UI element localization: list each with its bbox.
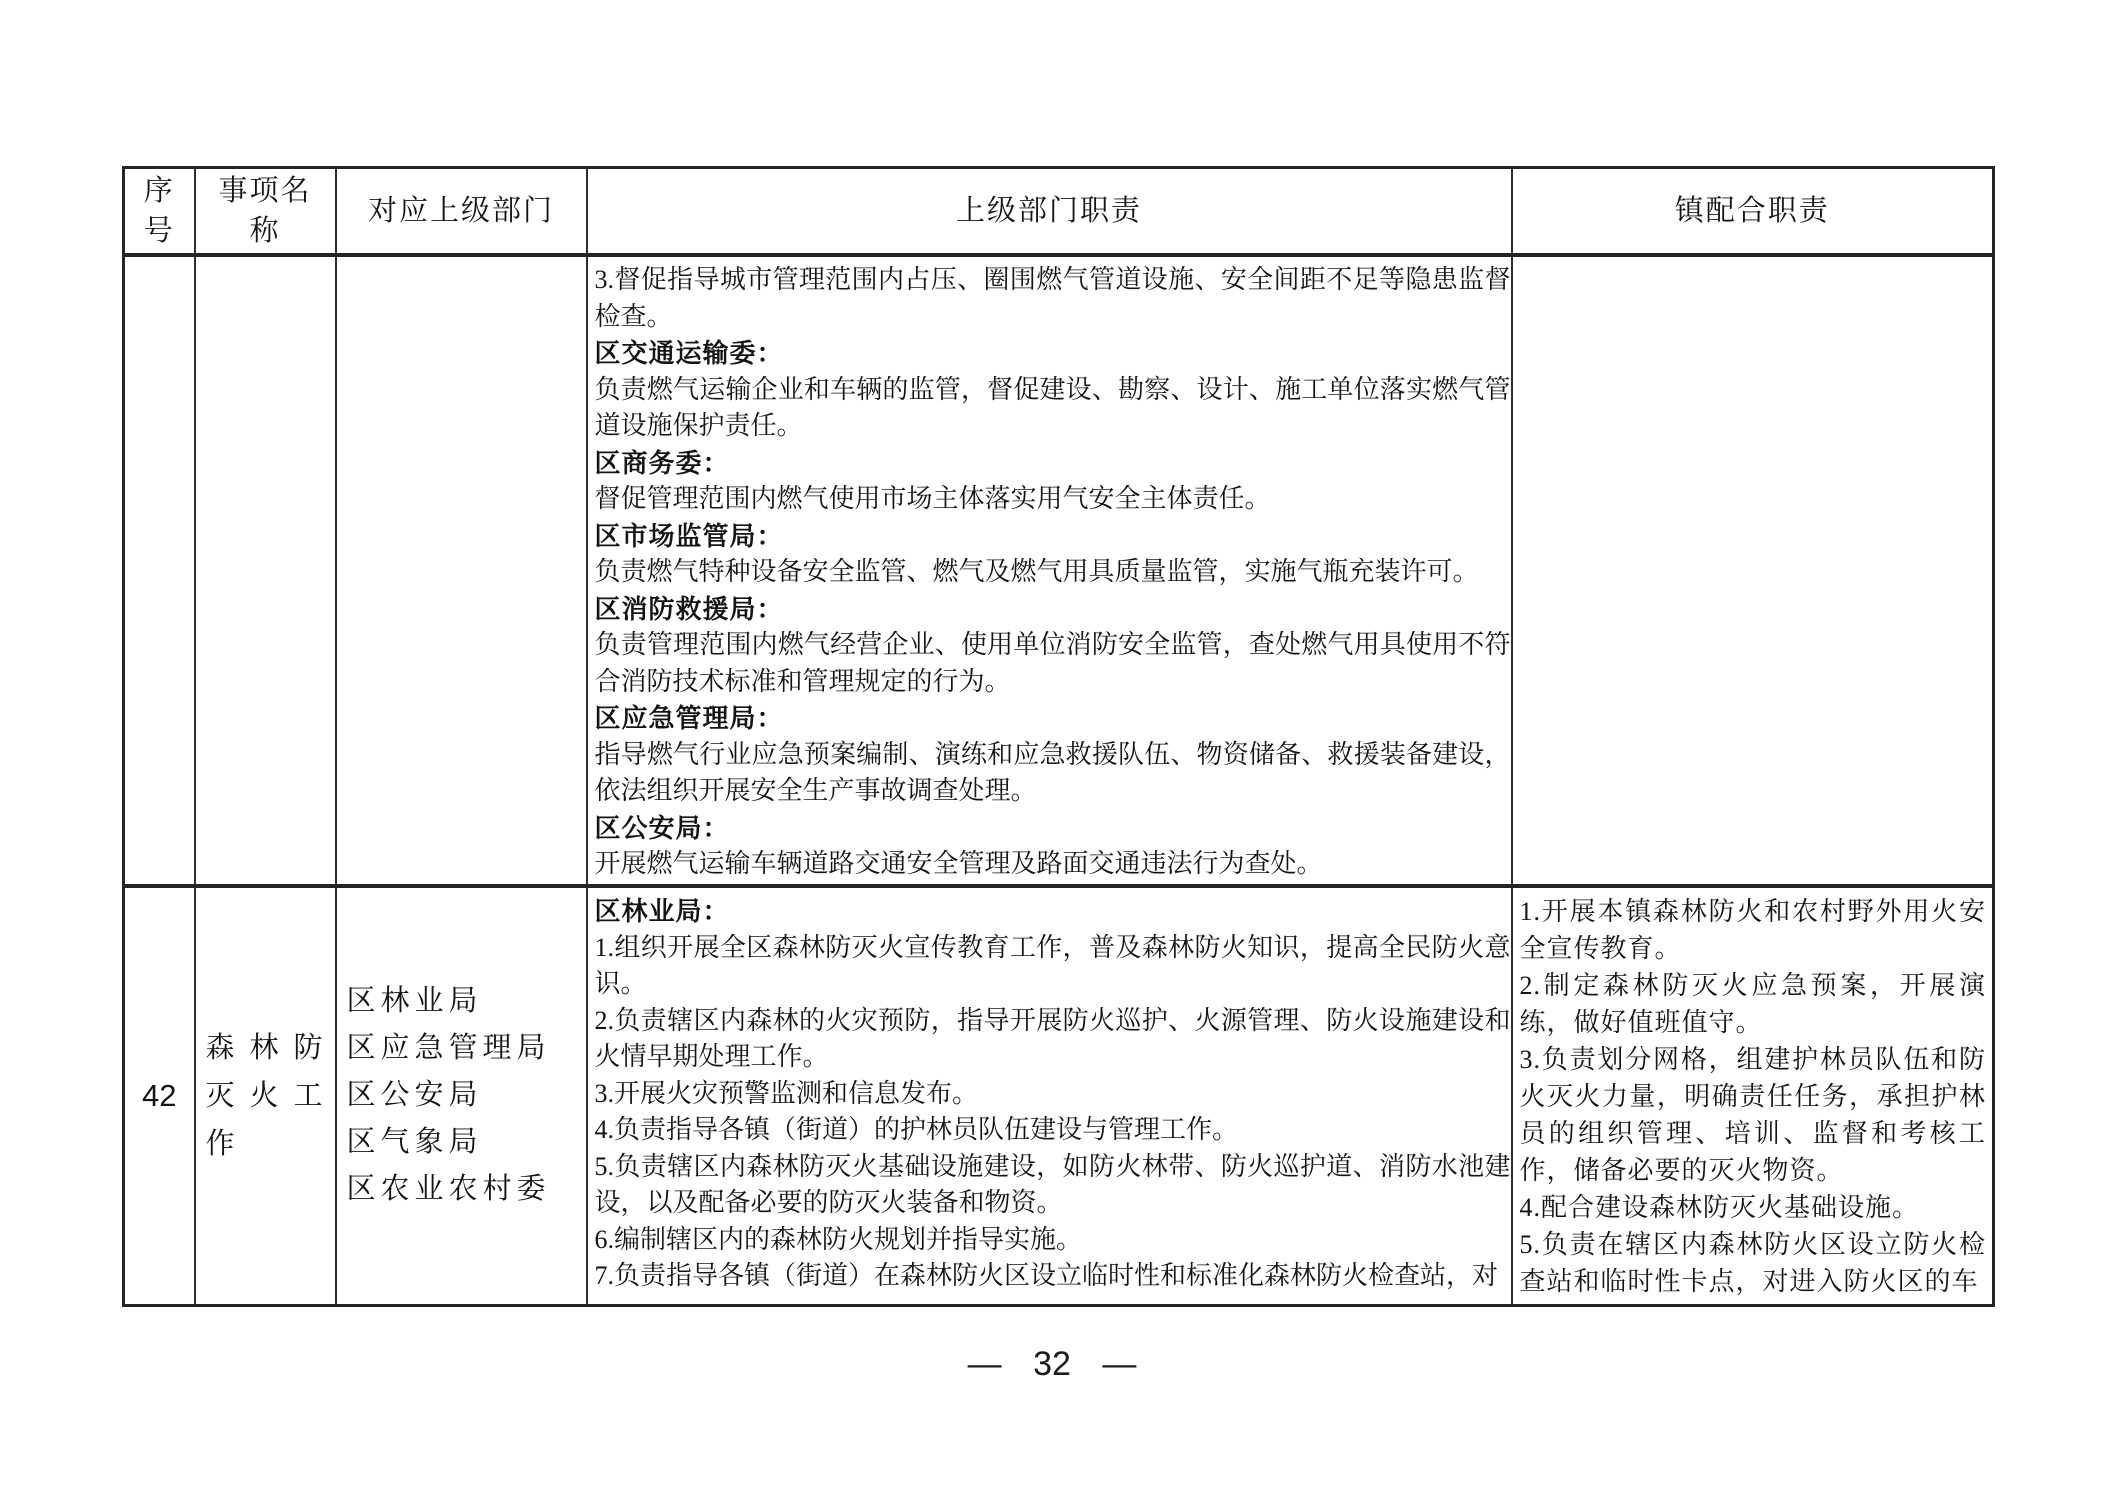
duty-line: 3.负责划分网格，组建护林员队伍和防火灭火力量，明确责任任务，承担护林员的组织管… [1520, 1041, 1987, 1189]
duty-line: 区公安局： [595, 810, 1511, 847]
header-town-duties: 镇配合职责 [1512, 168, 1994, 256]
duty-line: 5.负责在辖区内森林防火区设立防火检查站和临时性卡点，对进入防火区的车 [1520, 1226, 1987, 1300]
duty-line: 1.开展本镇森林防火和农村野外用火安全宣传教育。 [1520, 893, 1987, 967]
header-superior-duties: 上级部门职责 [587, 168, 1512, 256]
cell-item-name: 森林防灭火工作 [195, 886, 336, 1305]
header-seq-number: 序号 [124, 168, 195, 256]
duty-line: 开展燃气运输车辆道路交通安全管理及路面交通违法行为查处。 [595, 846, 1511, 883]
department-line: 区公安局 [347, 1072, 576, 1119]
header-item-name: 事项名称 [195, 168, 336, 256]
responsibility-table: 序号 事项名称 对应上级部门 上级部门职责 镇配合职责 3.督促指导城市管理范围… [122, 166, 1995, 1307]
cell-seq-number [124, 255, 195, 886]
cell-seq-number: 42 [124, 886, 195, 1305]
header-superior-departments: 对应上级部门 [336, 168, 587, 256]
cell-superior-departments [336, 255, 587, 886]
duty-line: 区商务委： [595, 445, 1511, 482]
duty-line: 2.负责辖区内森林的火灾预防，指导开展防火巡护、火源管理、防火设施建设和火情早期… [595, 1003, 1511, 1076]
cell-town-duties [1512, 255, 1994, 886]
table-header-row: 序号 事项名称 对应上级部门 上级部门职责 镇配合职责 [124, 168, 1994, 256]
department-line: 区林业局 [347, 978, 576, 1025]
duty-line: 负责燃气运输企业和车辆的监管，督促建设、勘察、设计、施工单位落实燃气管道设施保护… [595, 372, 1511, 445]
duty-line: 1.组织开展全区森林防灭火宣传教育工作，普及森林防火知识，提高全民防火意识。 [595, 930, 1511, 1003]
cell-superior-duties: 3.督促指导城市管理范围内占压、圈围燃气管道设施、安全间距不足等隐患监督检查。区… [587, 255, 1512, 886]
duty-line: 区林业局： [595, 893, 1511, 930]
cell-item-name [195, 255, 336, 886]
cell-superior-duties: 区林业局：1.组织开展全区森林防灭火宣传教育工作，普及森林防火知识，提高全民防火… [587, 886, 1512, 1305]
duty-line: 指导燃气行业应急预案编制、演练和应急救援队伍、物资储备、救援装备建设，依法组织开… [595, 737, 1511, 810]
duty-line: 负责管理范围内燃气经营企业、使用单位消防安全监管，查处燃气用具使用不符合消防技术… [595, 627, 1511, 700]
cell-superior-departments: 区林业局区应急管理局区公安局区气象局区农业农村委 [336, 886, 587, 1305]
duty-line: 督促管理范围内燃气使用市场主体落实用气安全主体责任。 [595, 481, 1511, 518]
duty-line: 4.配合建设森林防灭火基础设施。 [1520, 1189, 1987, 1226]
cell-town-duties: 1.开展本镇森林防火和农村野外用火安全宣传教育。2.制定森林防灭火应急预案，开展… [1512, 886, 1994, 1305]
page-number: — 32 — [0, 1345, 2104, 1384]
duty-line: 5.负责辖区内森林防灭火基础设施建设，如防火林带、防火巡护道、消防水池建设，以及… [595, 1149, 1511, 1222]
table-row-gas-continuation: 3.督促指导城市管理范围内占压、圈围燃气管道设施、安全间距不足等隐患监督检查。区… [124, 255, 1994, 886]
duty-line: 区交通运输委： [595, 335, 1511, 372]
duty-line: 3.开展火灾预警监测和信息发布。 [595, 1076, 1511, 1113]
duty-line: 2.制定森林防灭火应急预案，开展演练，做好值班值守。 [1520, 967, 1987, 1041]
department-line: 区应急管理局 [347, 1025, 576, 1072]
duty-line: 负责燃气特种设备安全监管、燃气及燃气用具质量监管，实施气瓶充装许可。 [595, 554, 1511, 591]
duty-line: 4.负责指导各镇（街道）的护林员队伍建设与管理工作。 [595, 1112, 1511, 1149]
duty-line: 6.编制辖区内的森林防火规划并指导实施。 [595, 1222, 1511, 1259]
department-line: 区农业农村委 [347, 1166, 576, 1213]
duty-line: 3.督促指导城市管理范围内占压、圈围燃气管道设施、安全间距不足等隐患监督检查。 [595, 262, 1511, 335]
duty-line: 区应急管理局： [595, 700, 1511, 737]
document-page: 序号 事项名称 对应上级部门 上级部门职责 镇配合职责 3.督促指导城市管理范围… [0, 0, 2104, 1488]
duty-line: 7.负责指导各镇（街道）在森林防火区设立临时性和标准化森林防火检查站，对 [595, 1258, 1511, 1295]
duty-line: 区市场监管局： [595, 518, 1511, 555]
table-row-42-forest-fire: 42 森林防灭火工作 区林业局区应急管理局区公安局区气象局区农业农村委 区林业局… [124, 886, 1994, 1305]
duty-line: 区消防救援局： [595, 591, 1511, 628]
department-line: 区气象局 [347, 1119, 576, 1166]
